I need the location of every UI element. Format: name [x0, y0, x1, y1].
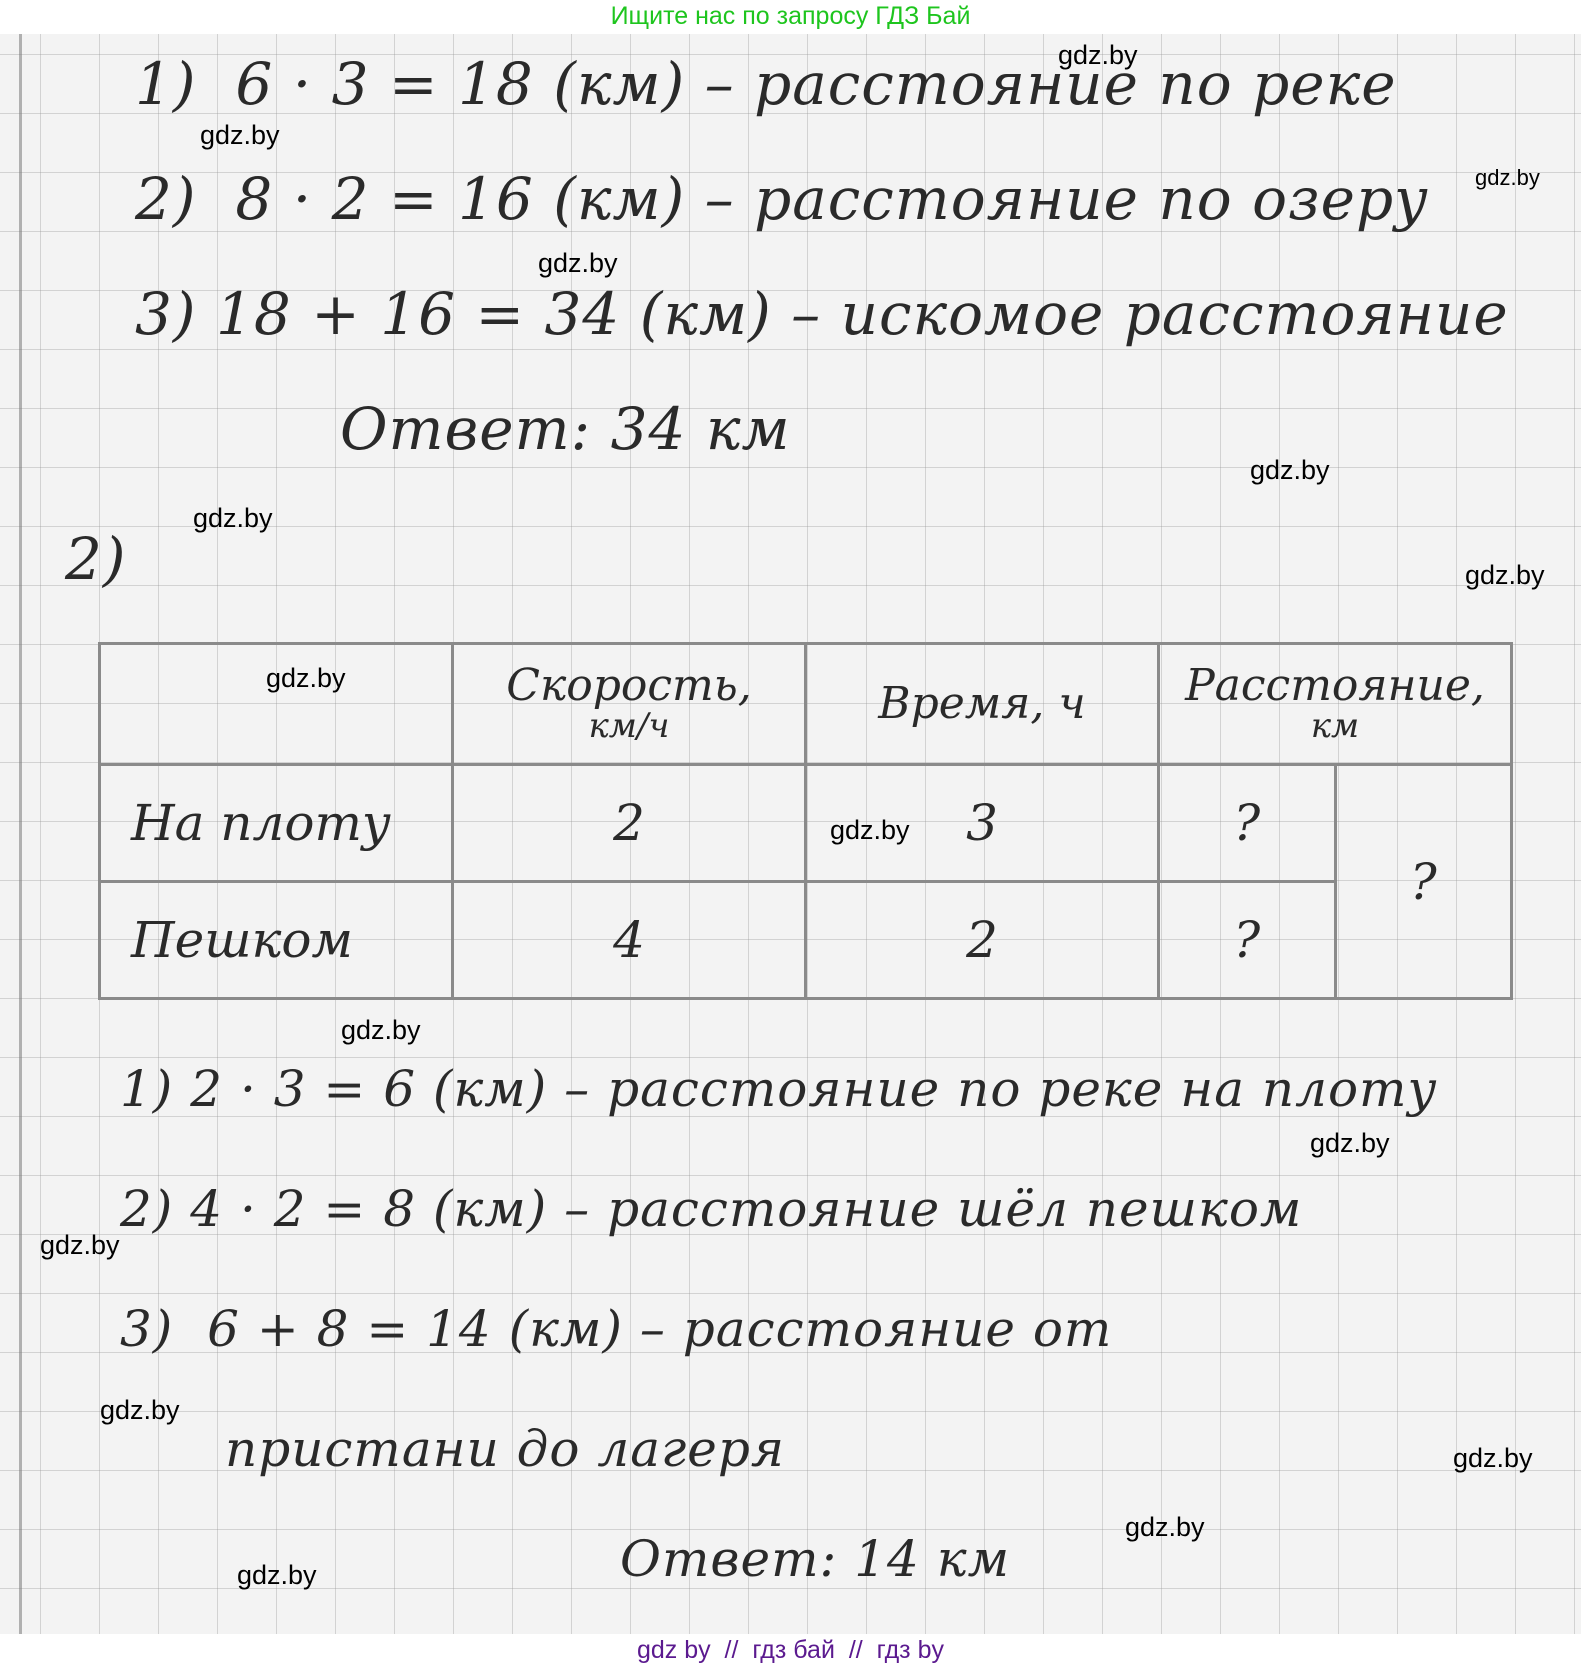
row-distance: ? — [1159, 765, 1336, 882]
watermark: gdz.by — [1250, 455, 1330, 486]
step-number: 3) — [120, 1300, 173, 1358]
part1-answer: Ответ: 34 км — [340, 395, 791, 463]
table-row: На плоту 2 3 ? ? — [100, 765, 1512, 882]
part2-step1: 1) 2 · 3 = 6 (км) – расстояние по реке н… — [120, 1060, 1437, 1118]
row-time: 2 — [806, 882, 1159, 999]
table-row: Пешком 4 2 ? — [100, 882, 1512, 999]
part1-step1: 1) 6 · 3 = 18 (км) – расстояние по реке — [135, 50, 1397, 118]
step-expression: 8 · 2 = 16 (км) — [235, 165, 685, 233]
step-description: – расстояние шёл пешком — [564, 1180, 1302, 1238]
table-header-speed: Скорость, км/ч — [453, 644, 806, 765]
step-expression: 18 + 16 = 34 (км) — [216, 280, 772, 348]
row-label: Пешком — [100, 882, 453, 999]
table-header-time: Время, ч — [806, 644, 1159, 765]
step-number: 2) — [120, 1180, 173, 1238]
watermark: gdz.by — [40, 1230, 120, 1261]
motion-table: Скорость, км/ч Время, ч Расстояние, км Н… — [98, 642, 1513, 1000]
step-expression: 4 · 2 = 8 (км) — [190, 1180, 547, 1238]
watermark: gdz.by — [341, 1015, 421, 1046]
part1-step2: 2) 8 · 2 = 16 (км) – расстояние по озеру — [135, 165, 1429, 233]
watermark: gdz.by — [193, 503, 273, 534]
table-header-empty — [100, 644, 453, 765]
row-distance: ? — [1159, 882, 1336, 999]
watermark: gdz.by — [266, 663, 346, 694]
step-description: – расстояние по реке на плоту — [564, 1060, 1437, 1118]
step-expression: 6 + 8 = 14 (км) — [207, 1300, 623, 1358]
margin-line — [19, 34, 22, 1634]
row-speed: 4 — [453, 882, 806, 999]
step-number: 3) — [135, 280, 197, 348]
search-promo-banner: Ищите нас по запросу ГДЗ Бай — [0, 0, 1581, 32]
part2-answer: Ответ: 14 км — [620, 1530, 1010, 1588]
part2-step3: 3) 6 + 8 = 14 (км) – расстояние от — [120, 1300, 1112, 1358]
step-description: – искомое расстояние — [791, 280, 1508, 348]
watermark: gdz.by — [1453, 1443, 1533, 1474]
table-header-distance: Расстояние, км — [1159, 644, 1512, 765]
part2-label: 2) — [65, 525, 127, 593]
step-number: 2) — [135, 165, 197, 233]
row-speed: 2 — [453, 765, 806, 882]
watermark: gdz.by — [1125, 1512, 1205, 1543]
watermark: gdz.by — [538, 248, 618, 279]
watermark: gdz.by — [100, 1395, 180, 1426]
watermark: gdz.by — [1475, 165, 1540, 191]
watermark: gdz.by — [200, 120, 280, 151]
part1-step3: 3) 18 + 16 = 34 (км) – искомое расстояни… — [135, 280, 1509, 348]
watermark: gdz.by — [830, 815, 910, 846]
step-expression: 2 · 3 = 6 (км) — [190, 1060, 547, 1118]
row-label: На плоту — [100, 765, 453, 882]
footer-banner: gdz by // гдз бай // гдз by — [0, 1634, 1581, 1667]
watermark: gdz.by — [1310, 1128, 1390, 1159]
part2-step3-continuation: пристани до лагеря — [225, 1420, 785, 1478]
step-expression: 6 · 3 = 18 (км) — [235, 50, 685, 118]
step-description: – расстояние по реке — [705, 50, 1397, 118]
watermark: gdz.by — [237, 1560, 317, 1591]
total-distance: ? — [1335, 765, 1512, 999]
watermark: gdz.by — [1058, 40, 1138, 71]
watermark: gdz.by — [1465, 560, 1545, 591]
part2-step2: 2) 4 · 2 = 8 (км) – расстояние шёл пешко… — [120, 1180, 1302, 1238]
step-description: – расстояние по озеру — [705, 165, 1429, 233]
step-number: 1) — [120, 1060, 173, 1118]
step-description: – расстояние от — [640, 1300, 1112, 1358]
step-number: 1) — [135, 50, 197, 118]
